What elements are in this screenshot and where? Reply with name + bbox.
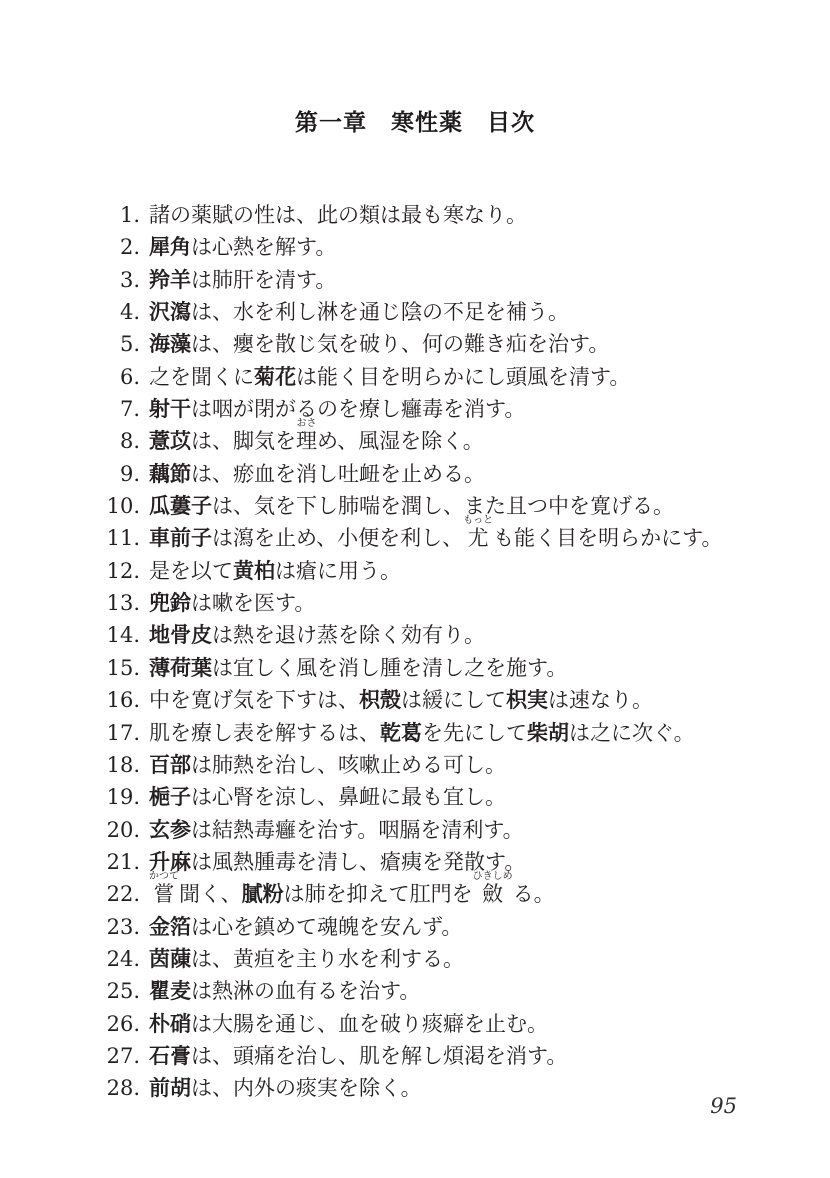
text-segment: を先にして [422,721,527,745]
toc-item: 3.羚羊は肺肝を清す。 [0,264,830,296]
toc-item-number: 17. [0,718,140,749]
furigana: かつて [149,872,179,882]
toc-item-text: 犀角は心熱を解す。 [149,231,336,263]
text-segment: も能く目を明らかにす。 [493,526,722,550]
text-segment: は、気を下し肺喘を潤し、また且つ中を寛げる。 [212,494,674,518]
drug-name: 沢瀉 [149,299,191,324]
toc-item-number: 1. [0,200,140,231]
text-segment: は之に次ぐ。 [569,721,695,745]
toc-item: 25.瞿麦は熱淋の血有るを治す。 [0,975,830,1007]
toc-item-number: 7. [0,394,140,425]
text-segment: は心腎を涼し、鼻衄に最も宜し。 [191,785,506,809]
drug-name: 海藻 [149,331,191,356]
drug-name: 石膏 [149,1043,191,1068]
toc-item-number: 21. [0,847,140,878]
drug-name: 茵蔯 [149,946,191,971]
toc-item: 1.諸の薬賦の性は、此の類は最も寒なり。 [0,200,830,231]
toc-item-text: 瞿麦は熱淋の血有るを治す。 [149,975,420,1007]
text-segment: は能く目を明らかにし頭風を清す。 [296,365,630,389]
ruby-base: 理 [296,429,317,453]
toc-item: 18.百部は肺熱を治し、咳嗽止める可し。 [0,749,830,781]
toc-item-text: 梔子は心腎を涼し、鼻衄に最も宜し。 [149,781,506,813]
drug-name: 射干 [149,396,191,421]
text-segment: は、癭を散じ気を破り、何の難き疝を治す。 [191,332,609,356]
drug-name: 枳実 [506,687,548,712]
drug-name: 枳殼 [359,687,401,712]
toc-item-text: 兜鈴は嗽を医す。 [149,587,315,619]
furigana: もっと [463,516,493,526]
ruby-base: 尤 [468,526,489,550]
text-segment: は緩にして [401,688,506,712]
toc-item-number: 2. [0,232,140,263]
toc-item-number: 15. [0,653,140,684]
toc-item-number: 4. [0,297,140,328]
ruby-base: 嘗 [154,882,175,906]
toc-item: 5.海藻は、癭を散じ気を破り、何の難き疝を治す。 [0,328,830,360]
drug-name: 藕節 [149,461,191,486]
toc-list: 1.諸の薬賦の性は、此の類は最も寒なり。2.犀角は心熱を解す。3.羚羊は肺肝を清… [0,200,830,1105]
text-segment: は肺熱を治し、咳嗽止める可し。 [191,753,506,777]
furigana: ひきしめ [473,872,513,882]
drug-name: 柴胡 [527,720,569,745]
text-segment: 中を寛げ気を下すは、 [149,688,359,712]
toc-item-number: 18. [0,750,140,781]
toc-item-number: 26. [0,1009,140,1040]
toc-item-number: 25. [0,976,140,1007]
toc-item-text: 藕節は、瘀血を消し吐衄を止める。 [149,458,485,490]
toc-item-number: 6. [0,362,140,393]
toc-item-text: 是を以て黄柏は瘡に用う。 [149,555,401,587]
text-segment: 諸の薬賦の性は、此の類は最も寒なり。 [149,203,527,227]
toc-item-text: 薏苡は、脚気をおさ理め、風湿を除く。 [149,425,484,457]
toc-item-text: 地骨皮は熱を退け蒸を除く効有り。 [149,619,485,651]
text-segment: 肌を療し表を解するは、 [149,721,380,745]
toc-item-number: 11. [0,523,140,554]
toc-item-text: 肌を療し表を解するは、乾葛を先にして柴胡は之に次ぐ。 [149,717,695,749]
toc-item-number: 8. [0,426,140,457]
toc-item: 16.中を寛げ気を下すは、枳殼は緩にして枳実は速なり。 [0,684,830,716]
toc-item-text: 前胡は、内外の痰実を除く。 [149,1072,422,1104]
toc-item: 26.朴硝は大腸を通じ、血を破り痰癖を止む。 [0,1008,830,1040]
drug-name: 瞿麦 [149,978,191,1003]
toc-item-number: 14. [0,620,140,651]
text-segment: は心熱を解す。 [191,235,336,259]
toc-item-number: 20. [0,815,140,846]
drug-name: 兜鈴 [149,590,191,615]
toc-item-text: 玄参は結熱毒癰を治す。咽膈を清利す。 [149,814,524,846]
toc-item-text: 瓜蔞子は、気を下し肺喘を潤し、また且つ中を寛げる。 [149,490,674,522]
toc-item-number: 10. [0,491,140,522]
drug-name: 膩粉 [242,881,284,906]
toc-item-number: 23. [0,912,140,943]
ruby-base: 斂 [482,882,503,906]
toc-item: 4.沢瀉は、水を利し淋を通じ陰の不足を補う。 [0,296,830,328]
ruby-term: かつて嘗 [154,879,175,910]
toc-item-number: 28. [0,1073,140,1104]
toc-item-text: 沢瀉は、水を利し淋を通じ陰の不足を補う。 [149,296,569,328]
text-segment: は瘡に用う。 [275,559,401,583]
text-segment: は、瘀血を消し吐衄を止める。 [191,462,485,486]
toc-item-text: 海藻は、癭を散じ気を破り、何の難き疝を治す。 [149,328,609,360]
toc-item-number: 9. [0,459,140,490]
toc-item: 21.升麻は風熱腫毒を清し、瘡痍を発散す。 [0,846,830,878]
drug-name: 百部 [149,752,191,777]
toc-item: 11.車前子は瀉を止め、小便を利し、もっと尤も能く目を明らかにす。 [0,522,830,554]
drug-name: 地骨皮 [149,622,212,647]
drug-name: 犀角 [149,234,191,259]
document-page: 第一章 寒性薬 目次 1.諸の薬賦の性は、此の類は最も寒なり。2.犀角は心熱を解… [0,0,830,1178]
toc-item-number: 16. [0,685,140,716]
toc-item: 19.梔子は心腎を涼し、鼻衄に最も宜し。 [0,781,830,813]
text-segment: は、水を利し淋を通じ陰の不足を補う。 [191,300,569,324]
toc-item-text: 升麻は風熱腫毒を清し、瘡痍を発散す。 [149,846,525,878]
drug-name: 薏苡 [149,428,191,453]
toc-item: 24.茵蔯は、黄疸を主り水を利する。 [0,943,830,975]
drug-name: 車前子 [149,525,212,550]
toc-item-number: 27. [0,1041,140,1072]
toc-item: 14.地骨皮は熱を退け蒸を除く効有り。 [0,619,830,651]
drug-name: 朴硝 [149,1011,191,1036]
text-segment: は嗽を医す。 [191,591,315,615]
text-segment: は大腸を通じ、血を破り痰癖を止む。 [191,1012,548,1036]
drug-name: 菊花 [254,364,296,389]
toc-item: 13.兜鈴は嗽を医す。 [0,587,830,619]
toc-item-number: 19. [0,782,140,813]
toc-item-number: 5. [0,329,140,360]
text-segment: は熱を退け蒸を除く効有り。 [212,623,485,647]
ruby-term: おさ理 [296,426,317,457]
toc-item: 9.藕節は、瘀血を消し吐衄を止める。 [0,458,830,490]
toc-item-number: 12. [0,556,140,587]
toc-item: 15.薄荷葉は宜しく風を消し腫を清し之を施す。 [0,652,830,684]
drug-name: 瓜蔞子 [149,493,212,518]
toc-item: 20.玄参は結熱毒癰を治す。咽膈を清利す。 [0,814,830,846]
drug-name: 前胡 [149,1075,191,1100]
drug-name: 乾葛 [380,720,422,745]
toc-item-text: 金箔は心を鎮めて魂魄を安んず。 [149,911,462,943]
drug-name: 升麻 [149,849,191,874]
text-segment: は心を鎮めて魂魄を安んず。 [191,915,462,939]
toc-item-text: 車前子は瀉を止め、小便を利し、もっと尤も能く目を明らかにす。 [149,522,723,554]
toc-item: 12.是を以て黄柏は瘡に用う。 [0,555,830,587]
text-segment: は瀉を止め、小便を利し、 [212,526,463,550]
text-segment: は、黄疸を主り水を利する。 [191,947,464,971]
toc-item-number: 13. [0,588,140,619]
text-segment: は速なり。 [548,688,653,712]
toc-item: 22.かつて嘗聞く、膩粉は肺を抑えて肛門をひきしめ斂る。 [0,878,830,910]
toc-item: 10.瓜蔞子は、気を下し肺喘を潤し、また且つ中を寛げる。 [0,490,830,522]
drug-name: 梔子 [149,784,191,809]
toc-item-number: 22. [0,879,140,910]
text-segment: 是を以て [149,559,233,583]
text-segment: は、頭痛を治し、肌を解し煩渇を消す。 [191,1044,567,1068]
toc-item-text: 之を聞くに菊花は能く目を明らかにし頭風を清す。 [149,361,630,393]
toc-item-text: 射干は咽が閉がるのを療し癰毒を消す。 [149,393,525,425]
text-segment: は結熱毒癰を治す。咽膈を清利す。 [191,818,524,842]
toc-item-number: 3. [0,265,140,296]
drug-name: 金箔 [149,914,191,939]
text-segment: は肺肝を清す。 [191,268,336,292]
text-segment: め、風湿を除く。 [317,429,484,453]
furigana: おさ [297,419,317,429]
toc-item-number: 24. [0,944,140,975]
toc-item: 23.金箔は心を鎮めて魂魄を安んず。 [0,911,830,943]
toc-item-text: かつて嘗聞く、膩粉は肺を抑えて肛門をひきしめ斂る。 [149,878,555,910]
text-segment: は宜しく風を消し腫を清し之を施す。 [212,656,567,680]
toc-item-text: 朴硝は大腸を通じ、血を破り痰癖を止む。 [149,1008,548,1040]
toc-item-text: 諸の薬賦の性は、此の類は最も寒なり。 [149,200,527,231]
toc-item-text: 茵蔯は、黄疸を主り水を利する。 [149,943,464,975]
toc-item: 8.薏苡は、脚気をおさ理め、風湿を除く。 [0,425,830,457]
text-segment: 之を聞くに [149,365,254,389]
toc-item: 6.之を聞くに菊花は能く目を明らかにし頭風を清す。 [0,361,830,393]
text-segment: は熱淋の血有るを治す。 [191,979,420,1003]
toc-item-text: 中を寛げ気を下すは、枳殼は緩にして枳実は速なり。 [149,684,653,716]
toc-item-text: 石膏は、頭痛を治し、肌を解し煩渇を消す。 [149,1040,567,1072]
page-number: 95 [710,1094,737,1118]
text-segment: 聞く、 [179,882,242,906]
text-segment: る。 [513,882,555,906]
toc-item: 27.石膏は、頭痛を治し、肌を解し煩渇を消す。 [0,1040,830,1072]
drug-name: 黄柏 [233,558,275,583]
toc-item: 2.犀角は心熱を解す。 [0,231,830,263]
text-segment: は、脚気を [191,429,296,453]
toc-item-text: 百部は肺熱を治し、咳嗽止める可し。 [149,749,506,781]
drug-name: 羚羊 [149,267,191,292]
toc-item: 17.肌を療し表を解するは、乾葛を先にして柴胡は之に次ぐ。 [0,717,830,749]
toc-item: 28.前胡は、内外の痰実を除く。 [0,1072,830,1104]
toc-item-text: 薄荷葉は宜しく風を消し腫を清し之を施す。 [149,652,567,684]
toc-item-text: 羚羊は肺肝を清す。 [149,264,336,296]
drug-name: 薄荷葉 [149,655,212,680]
ruby-term: ひきしめ斂 [482,879,503,910]
text-segment: は肺を抑えて肛門を [284,882,473,906]
toc-item: 7.射干は咽が閉がるのを療し癰毒を消す。 [0,393,830,425]
drug-name: 玄参 [149,817,191,842]
ruby-term: もっと尤 [468,523,489,554]
text-segment: は咽が閉がるのを療し癰毒を消す。 [191,397,525,421]
chapter-title: 第一章 寒性薬 目次 [0,104,830,137]
text-segment: は、内外の痰実を除く。 [191,1076,422,1100]
